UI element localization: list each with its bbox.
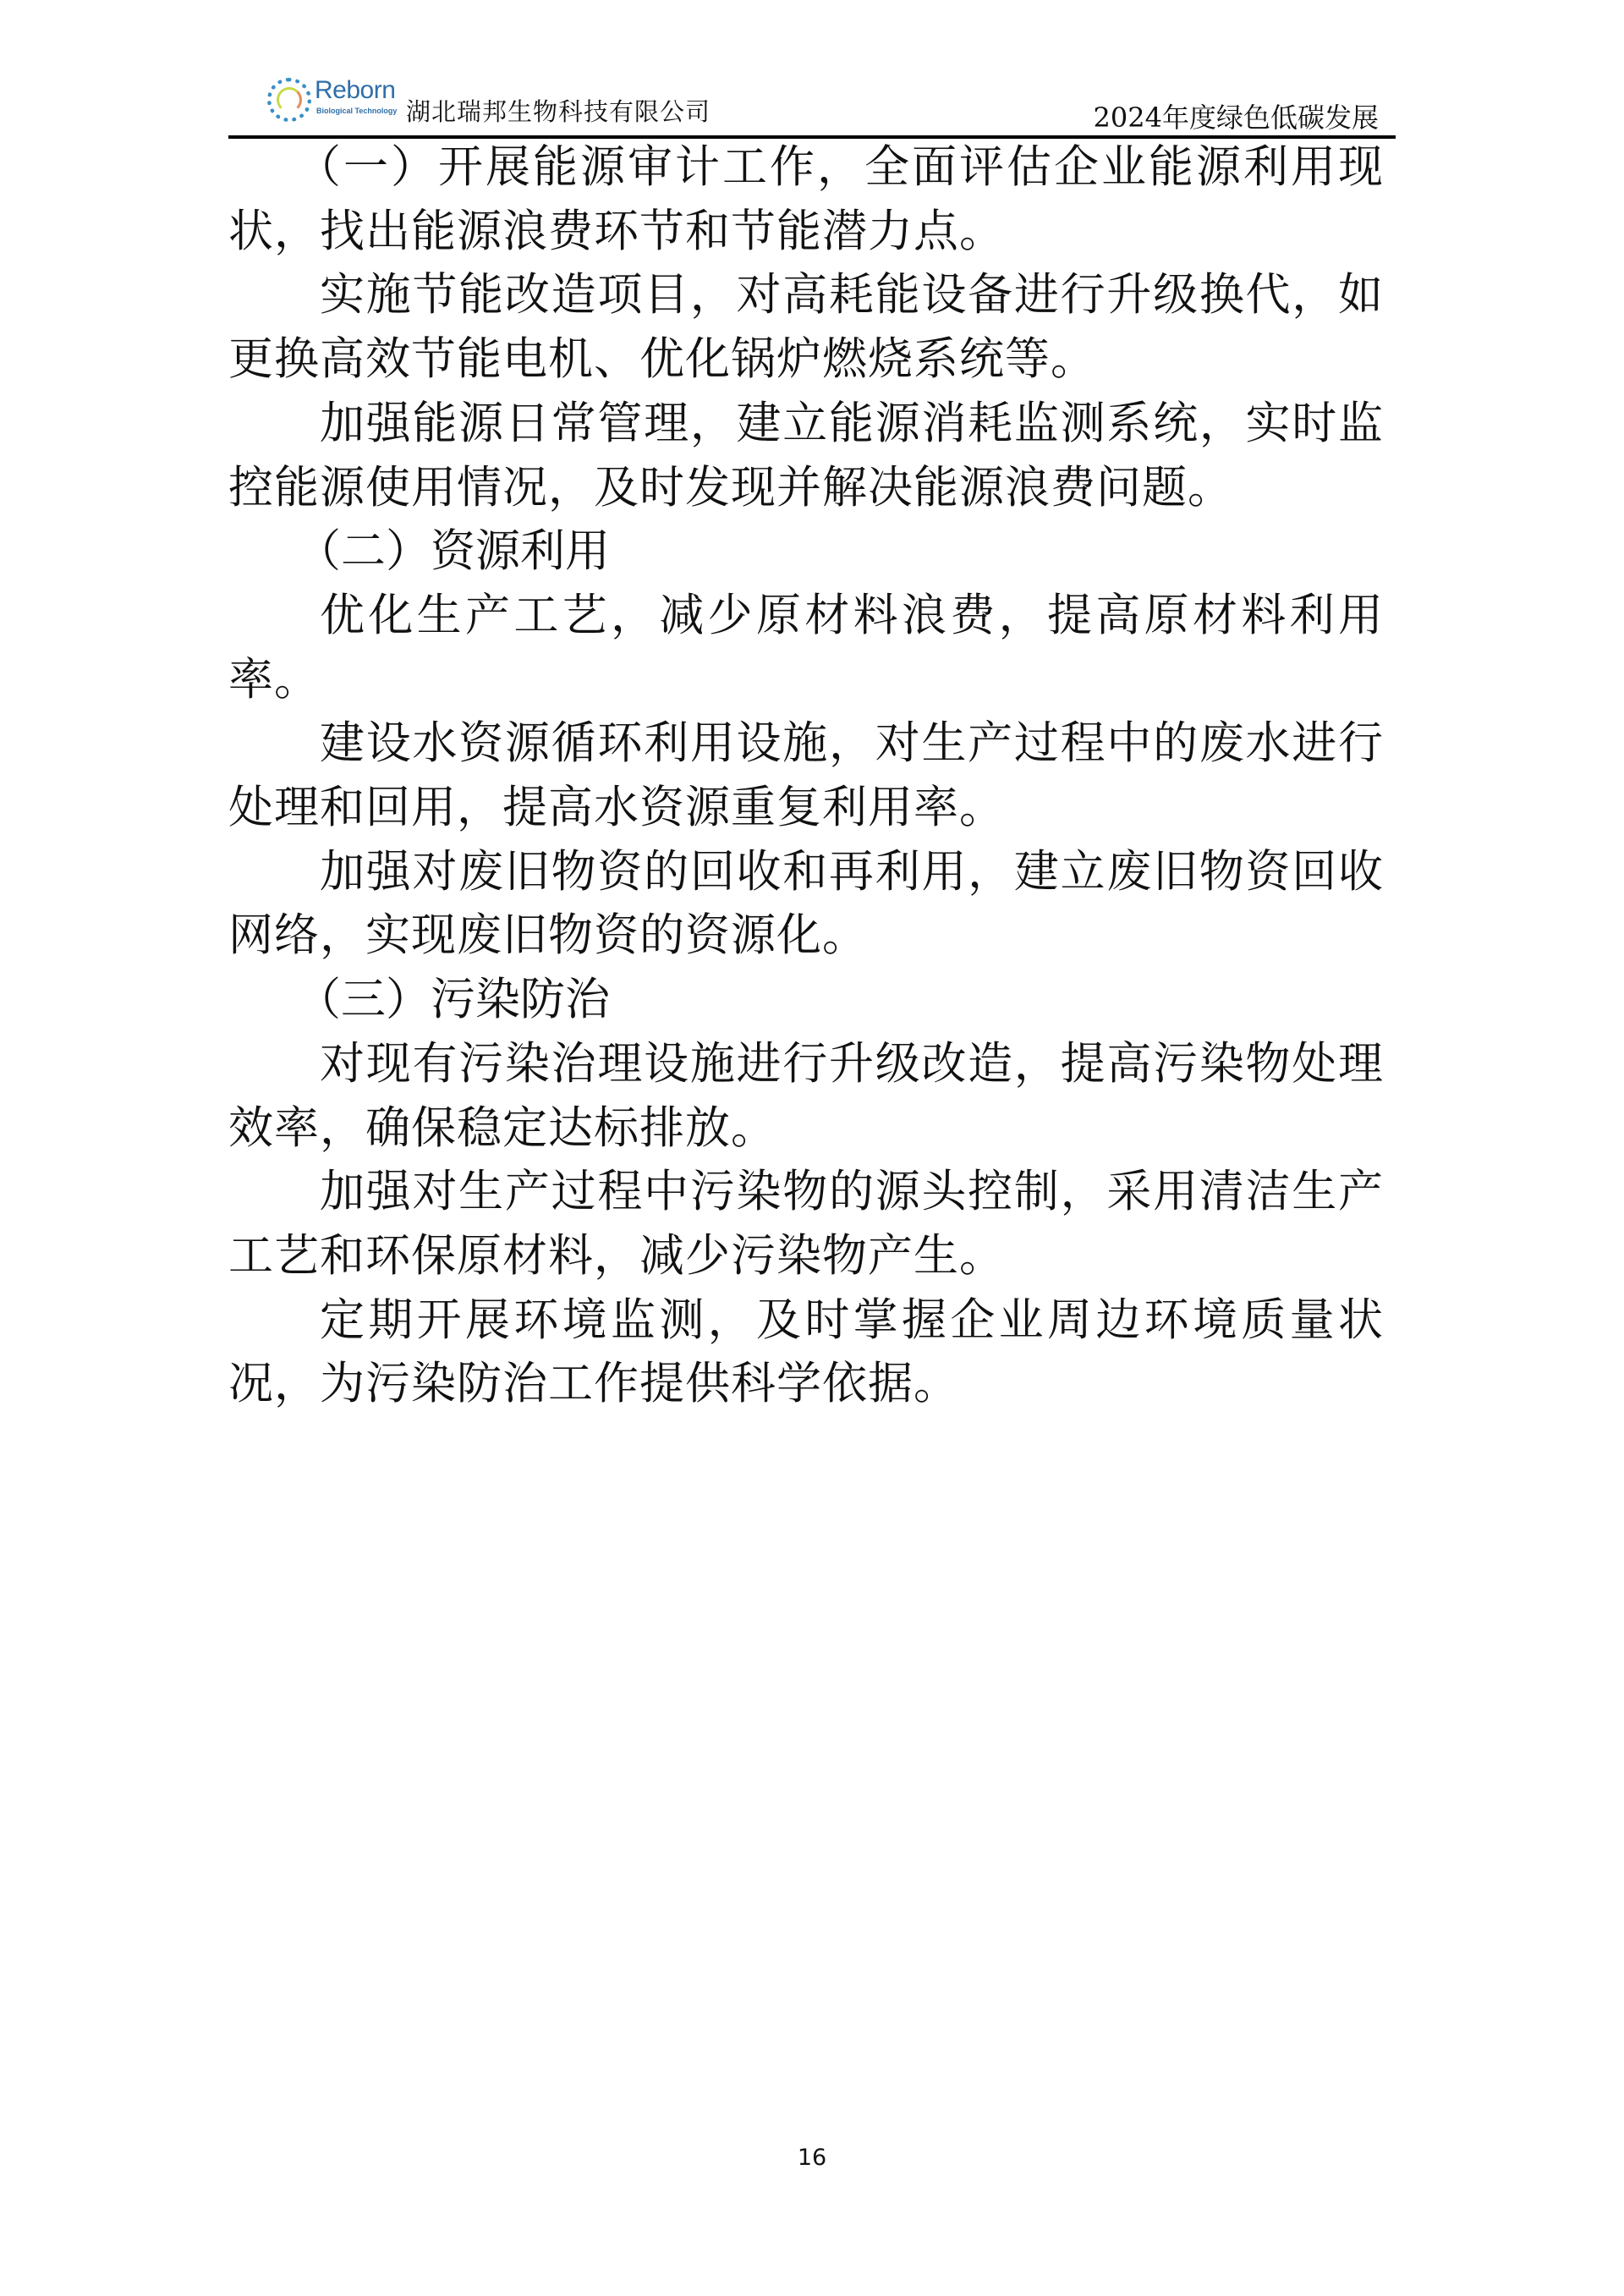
section-1-heading: （一）开展能源审计工作，全面评估企业能源利用现状，找出能源浪费环节和节能潜力点。 xyxy=(228,135,1384,263)
paragraph: 建设水资源循环利用设施，对生产过程中的废水进行处理和回用，提高水资源重复利用率。 xyxy=(228,711,1384,839)
section-2-heading: （二）资源利用 xyxy=(228,519,1384,584)
paragraph: 实施节能改造项目，对高耗能设备进行升级换代，如更换高效节能电机、优化锅炉燃烧系统… xyxy=(228,263,1384,391)
document-body: （一）开展能源审计工作，全面评估企业能源利用现状，找出能源浪费环节和节能潜力点。… xyxy=(228,135,1384,1416)
paragraph: 定期开展环境监测，及时掌握企业周边环境质量状况，为污染防治工作提供科学依据。 xyxy=(228,1288,1384,1416)
logo-wordmark: Reborn xyxy=(315,76,395,105)
paragraph: 加强能源日常管理，建立能源消耗监测系统，实时监控能源使用情况，及时发现并解决能源… xyxy=(228,392,1384,519)
paragraph: 优化生产工艺，减少原材料浪费，提高原材料利用率。 xyxy=(228,584,1384,711)
page-number: 16 xyxy=(0,2145,1624,2171)
logo-subtitle: Biological Technology xyxy=(316,107,397,115)
report-title: 2024年度绿色低碳发展 xyxy=(1094,96,1379,135)
page-header: Reborn Biological Technology 湖北瑞邦生物科技有限公… xyxy=(228,0,1396,139)
logo-ring-icon xyxy=(267,78,311,122)
paragraph: 加强对废旧物资的回收和再利用，建立废旧物资回收网络，实现废旧物资的资源化。 xyxy=(228,840,1384,968)
company-logo: Reborn Biological Technology xyxy=(267,74,394,127)
paragraph: 加强对生产过程中污染物的源头控制，采用清洁生产工艺和环保原材料，减少污染物产生。 xyxy=(228,1160,1384,1288)
paragraph: 对现有污染治理设施进行升级改造，提高污染物处理效率，确保稳定达标排放。 xyxy=(228,1032,1384,1160)
company-name: 湖北瑞邦生物科技有限公司 xyxy=(406,93,710,128)
section-3-heading: （三）污染防治 xyxy=(228,968,1384,1032)
